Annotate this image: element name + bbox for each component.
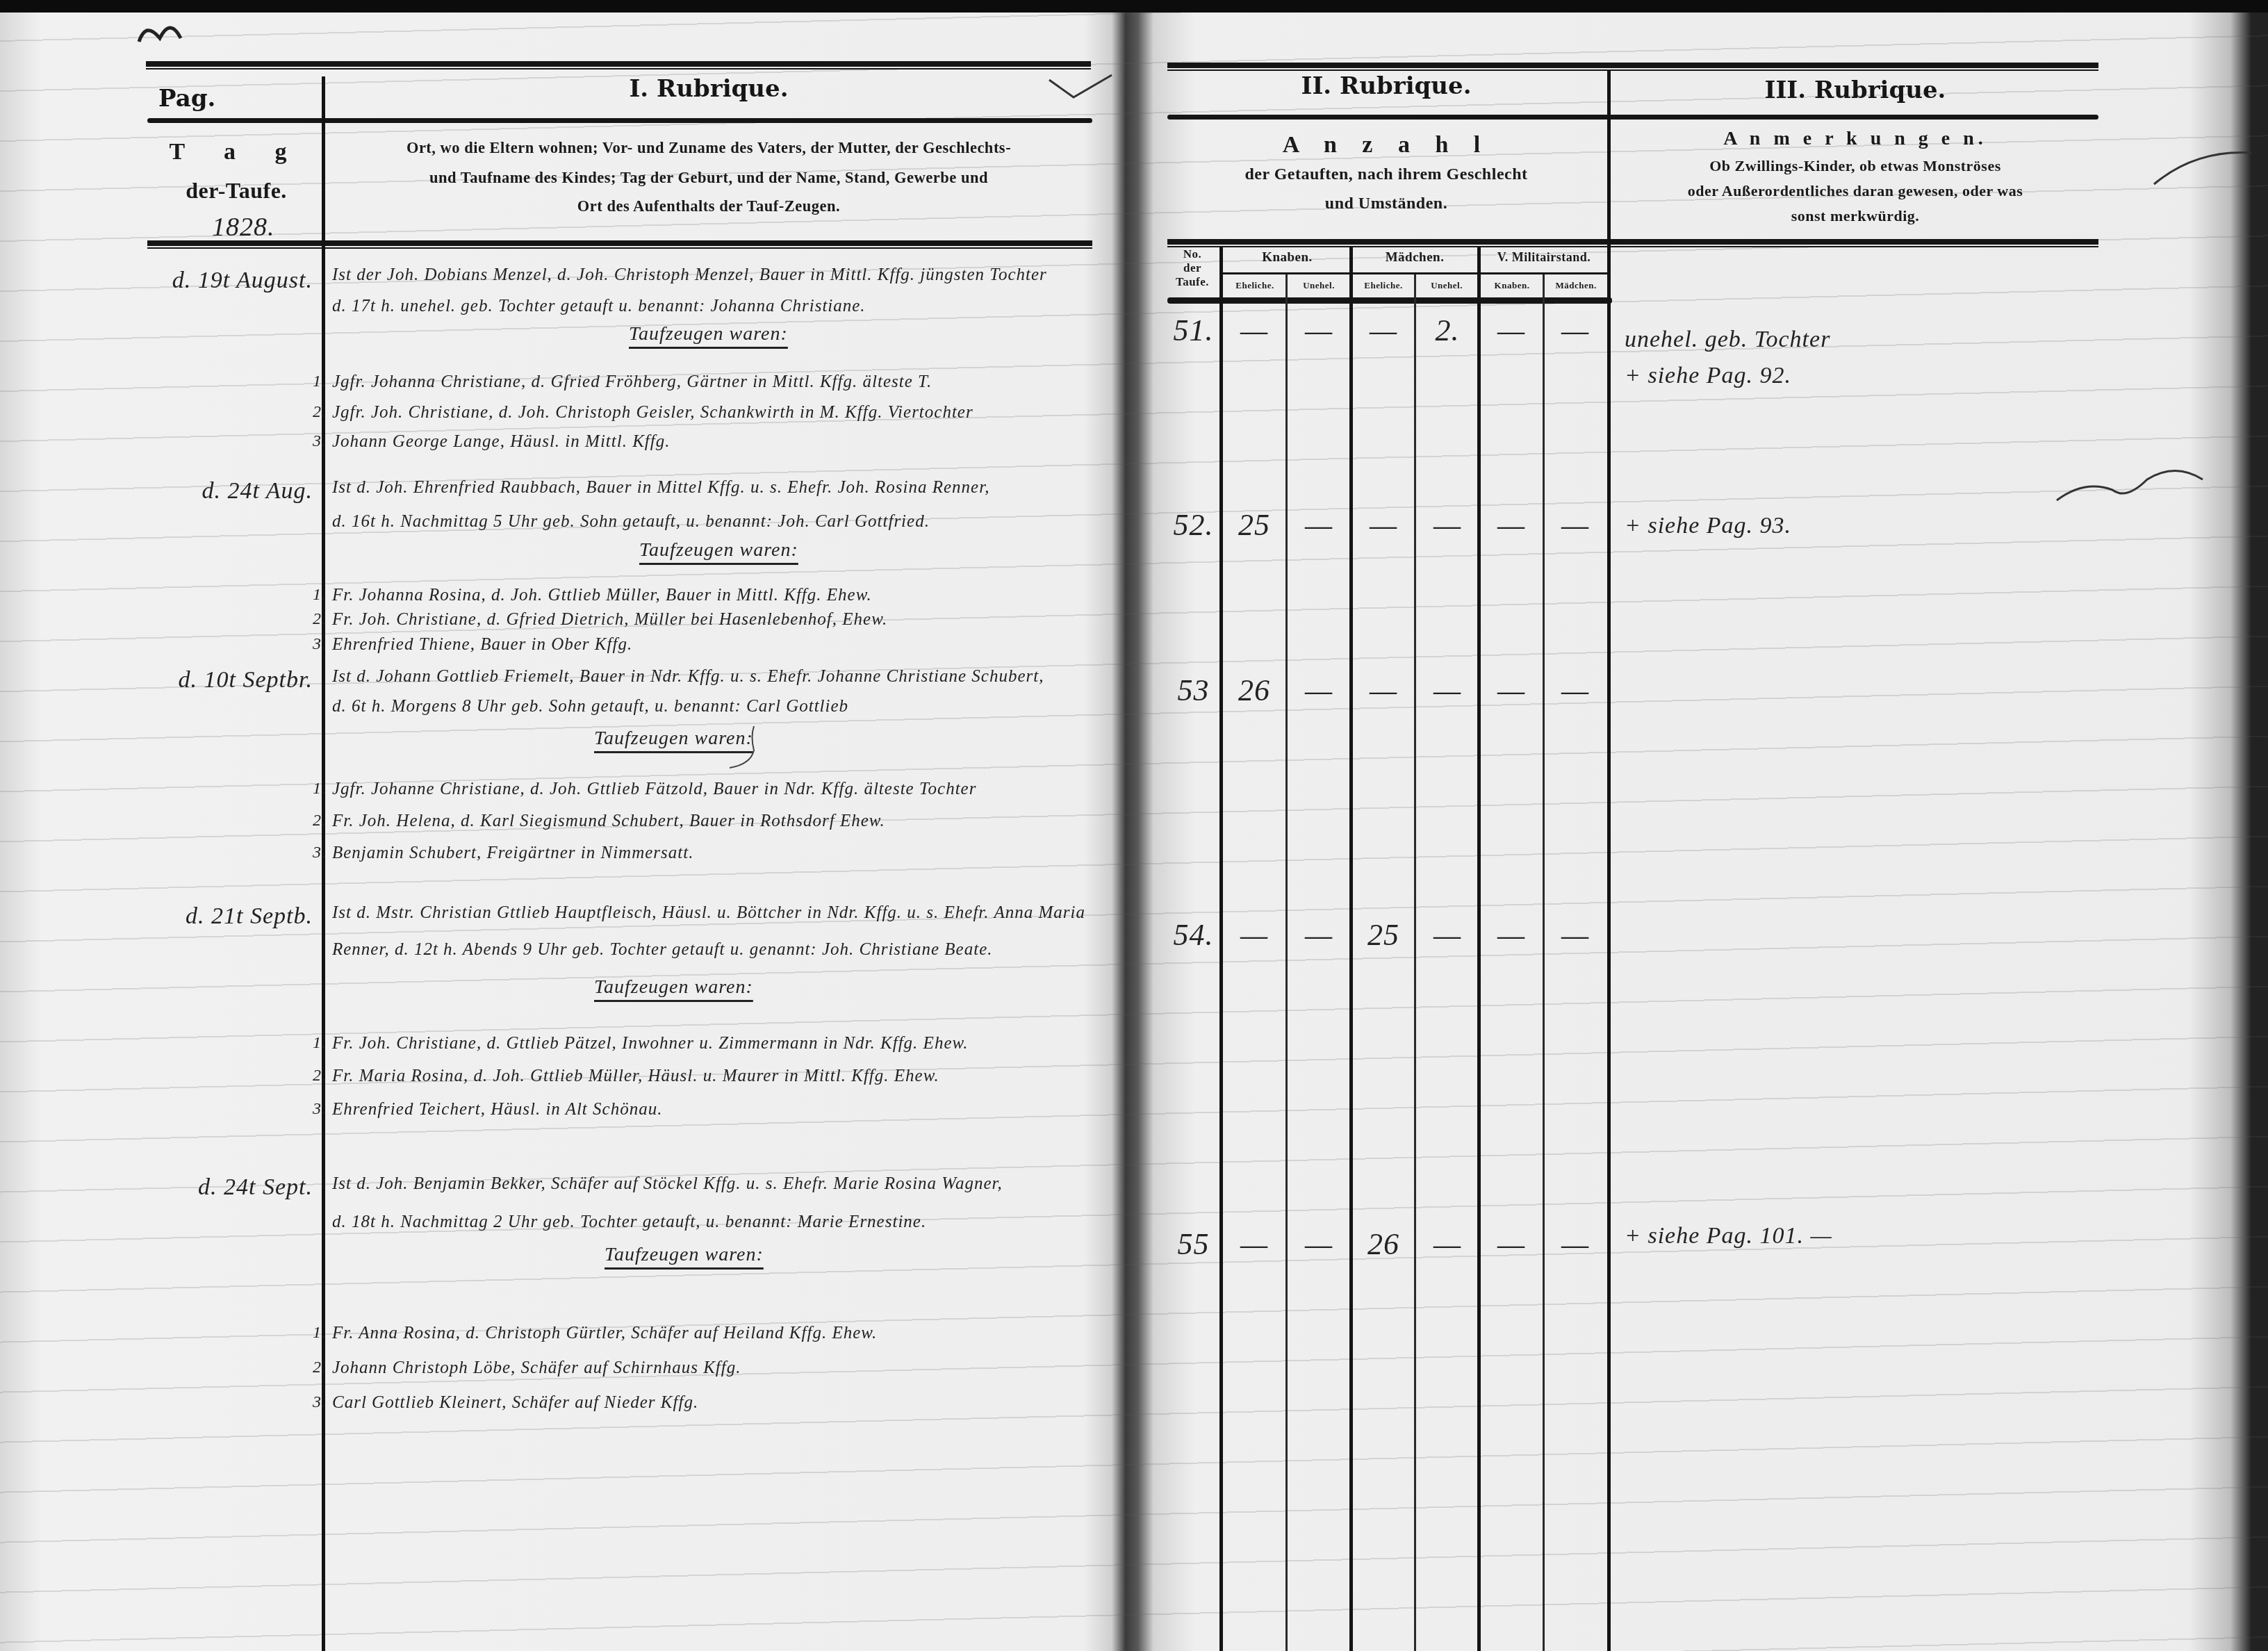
stray-pen-marks	[0, 0, 2268, 1651]
